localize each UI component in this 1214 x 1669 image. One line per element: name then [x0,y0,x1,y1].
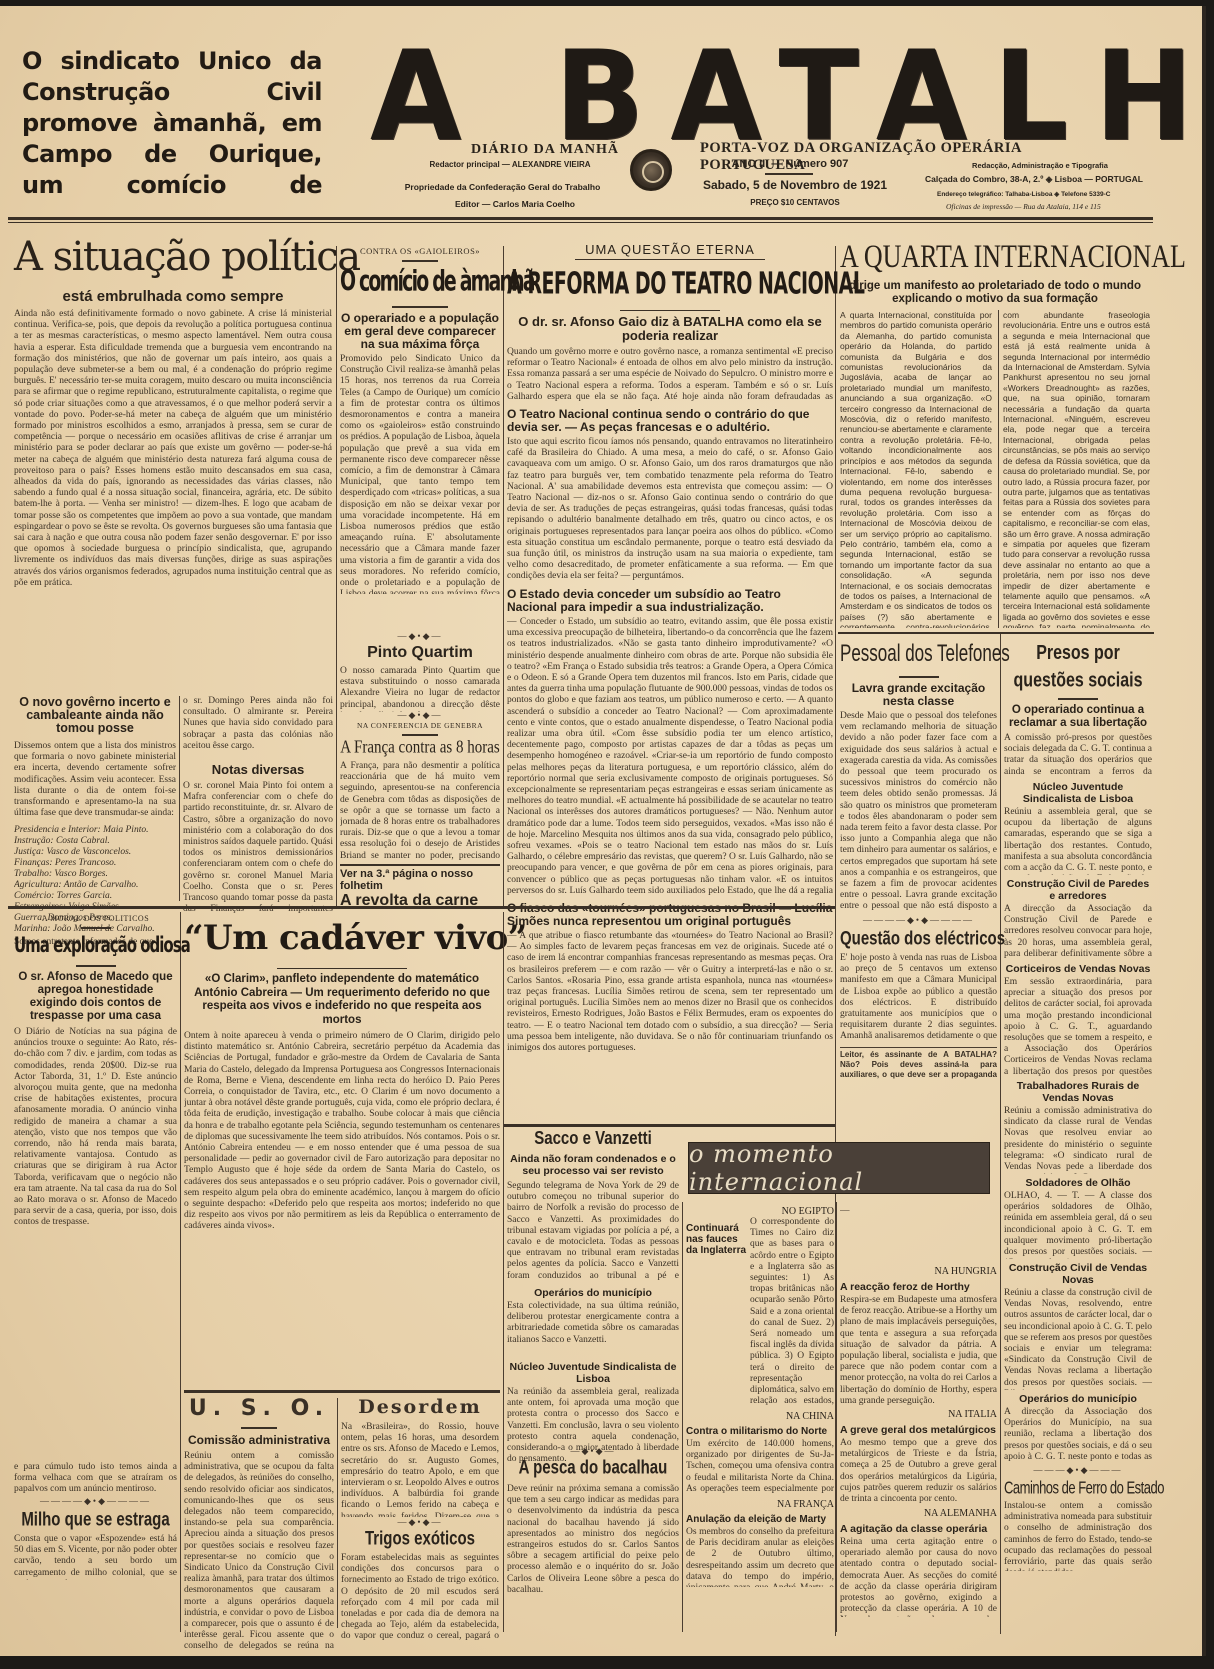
divider [277,968,407,969]
momento-col-2: — NA HUNGRIA A reacção feroz de Horthy R… [840,1206,997,1617]
kicker: CONTRA OS «GAIOLEIROS» [340,246,500,256]
article-body: — A que atribue o fiasco retumbante das … [507,931,833,1081]
section-rule [8,906,835,909]
column-divider [1000,634,1001,1634]
article-telefones: Pessoal dos Telefones Lavra grande excit… [840,640,997,1081]
section-label: NO EGIPTO [686,1206,834,1217]
issue-date: Sabado, 5 de Novembro de 1921 [690,178,900,192]
ornament-divider: —◆•◆— [340,631,500,642]
article-body: Esta colectividade, na sua última reúniã… [507,1301,679,1357]
issue-number: ANO III — Número 907 [705,158,875,170]
article-body: Ontem à noite apareceu à venda o primeir… [184,1031,500,1351]
masthead-editor: Editor — Carlos Maria Coelho [415,199,615,209]
headline: O novo govêrno incerto e cambaleante ain… [14,696,176,735]
article-body: Instalou-se ontem a comissão administrat… [1004,1501,1152,1571]
ear-left-headline: O sindicato Unico da Construção Civil pr… [22,46,322,206]
article-body: Deve reúnir na próxima semana a comissão… [507,1484,679,1594]
article-body-col2: com abundante fraseologia revolucionária… [998,310,1150,628]
minister-item: Agricultura: Antão de Carvalho. [14,880,176,891]
headline-notas: Notas diversas [183,762,333,777]
headline: A França contra as 8 horas [340,738,500,758]
section-heading: Construção Civil de Vendas Novas [1004,1262,1152,1286]
article-exploracao: A MORAL DOS POLITICOS Uma exploração odi… [14,914,177,1580]
divider [392,306,448,308]
article-cadaver-vivo: “Um cadáver vivo” «O Clarim», panfleto i… [184,912,500,1351]
article-novo-governo: O novo govêrno incerto e cambaleante ain… [14,696,176,948]
article-body: Isto que aqui escrito ficou íamos nós pe… [507,437,833,583]
minister-item: Trabalho: Vasco Borges. [14,869,176,880]
issue-price: PREÇO $10 CENTAVOS [720,198,870,207]
headline: Sacco e Vanzetti [507,1128,679,1149]
minister-item: Presidencia e Interior: Maia Pinto. [14,825,176,836]
masthead-property: Propriedade da Confederação Geral do Tra… [375,182,630,192]
issue-divider [765,173,813,175]
article-body: Reúniu a classe da construção civil de V… [1004,1288,1152,1390]
section-heading: Núcleo Juventude Sindicalista de Lisboa [507,1361,679,1385]
subheadline: O sr. Afonso de Macedo que apregoa hones… [14,971,177,1023]
article-body: Ainda não está definitivamente formado o… [14,309,332,652]
subheadline: Lavra grande excitação nesta classe [840,682,997,708]
column-divider [337,1398,338,1628]
subheadline: dirige um manifesto ao proletariado de t… [840,280,1150,306]
workshop-line: Oficinas de impressão — Rua da Atalaia, … [946,202,1166,211]
subheadline: Comissão administrativa [184,1433,334,1447]
cgt-seal-icon [630,149,672,191]
headline: A situação política [14,232,332,282]
article-body: o sr. Domingo Peres ainda não foi consul… [183,696,333,756]
divider [241,1427,277,1429]
ornament-divider: ————◆•◆———— [840,915,997,926]
column-divider [180,912,181,1632]
article-body: OLHÃO, 4. — T. — A classe dos operários … [1004,1191,1152,1259]
headline: Uma exploração odiosa [14,928,177,963]
subheadline: O operariado e a população em geral deve… [340,312,500,351]
subheadline: está embrulhada como sempre [14,288,332,305]
article-body: Foram estabelecidas mais as seguintes co… [341,1553,499,1643]
headline: Pessoal dos Telefones [840,640,997,668]
headline: “Um cadáver vivo” [184,912,500,964]
ornament-divider: ———◆•◆——— [1004,1465,1152,1476]
article-teatro-nacional: UMA QUESTÃO ETERNA A REFORMA DO TEATRO N… [507,242,833,1081]
article-body-col1: A quarta Internacional, constituída por … [840,310,992,628]
article-body: Segundo telegrama de Nova York de 29 de … [507,1181,679,1281]
section-heading: Construção Civil de Paredes e arredores [1004,878,1152,902]
article-body: Os membros do conselho da prefeitura de … [686,1527,834,1587]
article-comicio: CONTRA OS «GAIOLEIROS» O comício de àman… [340,246,500,594]
divider [899,676,939,678]
article-quarta-internacional: A QUARTA INTERNACIONAL dirige um manifes… [840,238,1150,628]
article-body: Respira-se em Budapeste uma atmosfera de… [840,1295,997,1405]
telegraph-line: Endereço telegráfico: Talhaba-Lisboa ◈ T… [937,190,1177,198]
section-label: NA CHINA [686,1411,834,1422]
masthead-rule-thin [8,222,1153,223]
subheadline: «O Clarim», panfleto independente do mat… [184,973,500,1027]
folhetim-line: Ver na 3.ª página o nosso folhetim [340,868,500,892]
article-body: A França, para não desmentir a política … [340,761,500,861]
divider [340,864,500,866]
headline: A QUARTA INTERNACIONAL [840,238,1150,276]
section-label: NA ALEMANHA [840,1508,997,1519]
momento-internacional-banner: o momento internacional [688,1142,990,1194]
article-body: Dissemos ontem que a lista dos ministros… [14,741,176,819]
minister-item: Finanças: Peres Trancoso. [14,858,176,869]
headline: Desordem [341,1396,499,1418]
section-heading: Operários do município [1004,1393,1152,1405]
article-franca: —◆•◆— NA CONFERENCIA DE GENEBRA A França… [340,710,500,861]
section-heading: Núcleo Juventude Sindicalista de Lisboa [1004,781,1152,805]
article-pinto-quartim: —◆•◆— Pinto Quartim O nosso camarada Pin… [340,631,500,712]
ornament-divider: ————◆•◆———— [14,1496,177,1507]
divider [838,632,1154,634]
section-heading: A reacção feroz de Horthy [840,1281,997,1293]
article-body: — Conceder o Estado, um subsídio ao teat… [507,617,833,897]
momento-col-1: NO EGIPTO Continuará nas fauces da Ingla… [686,1206,834,1587]
minister-item: Comércio: Torres Garcia. [14,891,176,902]
divider [402,734,438,736]
minister-item: Instrução: Costa Cabral. [14,836,176,847]
article-body: E' hoje posto à venda nas ruas de Lisboa… [840,953,997,1043]
section-label: NA ITALIA [840,1409,997,1420]
article-body: Em sessão extraordinária, para apreciar … [1004,977,1152,1077]
ornament-divider: —◆•◆— [507,1446,679,1457]
headline: A REFORMA DO TEATRO NACIONAL [507,255,833,313]
headline: Presos por questões sociais [1004,640,1152,695]
section-heading: A greve geral dos metalúrgicos [840,1424,997,1436]
newspaper-page: O sindicato Unico da Construção Civil pr… [0,6,1206,1656]
section-heading: Trabalhadores Rurais de Vendas Novas [1004,1080,1152,1104]
address-line: Calçada do Combro, 38-A, 2.º ◈ Lisboa — … [925,174,1185,185]
section-heading: Operários do município [507,1287,679,1299]
section-heading: O Estado devia conceder um subsídio ao T… [507,588,833,614]
headline: O comício de àmanhã [340,261,500,302]
headline-trigos: Trigos exóticos [341,1527,499,1549]
article-body: Consta que o vapor «Espozende» está há 5… [14,1534,177,1580]
article-intro: Quando um govêrno morre e outro govêrno … [507,347,833,403]
section-heading: Continuará nas fauces da Inglaterra [686,1223,750,1256]
minister-item: Justiça: Vasco de Vasconcelos. [14,847,176,858]
article-body: O correspondente do Times no Cairo diz q… [750,1217,834,1407]
masthead-subtitle: DIÁRIO DA MANHÃ [460,142,630,158]
headline-electricos: Questão dos eléctricos [840,927,997,949]
article-body: O sr. coronel Maia Pinto foi ontem a Maf… [183,781,333,913]
article-body: O nosso camarada Pinto Quartim que estav… [340,666,500,712]
divider [1058,698,1098,700]
article-body: O Diário de Notícias na sua página de an… [14,1027,177,1462]
article-body: A comissão pró-presos por questões socia… [1004,733,1152,778]
article-body: Um exército de 140.000 homens, organizad… [686,1439,834,1495]
column-divider [336,246,337,906]
section-rule [184,1390,500,1393]
kicker: NA CONFERENCIA DE GENEBRA [340,721,500,730]
subheadline: O operariado continua a reclamar a sua l… [1004,704,1152,730]
column-divider [682,1202,683,1632]
column-divider [179,696,180,901]
section-heading: Contra o militarismo do Norte [686,1426,834,1437]
article-body-continued: — [840,1206,997,1262]
section-label: NA FRANÇA [686,1499,834,1510]
article-body: Promovido pelo Sindicato Unico da Constr… [340,354,500,594]
article-body: Reúniu a comissão administrativa do sind… [1004,1106,1152,1174]
article-desordem: Desordem Na «Brasileira», do Rossio, hou… [341,1396,499,1643]
article-body: Reúniu ontem a comissão administrativa, … [184,1451,334,1651]
article-situacao-politica: A situação política está embrulhada como… [14,232,332,652]
headline: U. S. O. [184,1396,334,1421]
article-body: Na «Brasileira», do Rossio, houve ontem,… [341,1422,499,1517]
article-sacco-vanzetti: Sacco e Vanzetti Ainda não foram condena… [507,1130,679,1467]
divider [76,965,116,967]
section-heading: A agitação da classe operária [840,1523,997,1535]
section-rule [504,1124,835,1127]
ornament-divider: —◆•◆— [340,710,500,721]
article-body: Ao mesmo tempo que a greve dos metalúrgi… [840,1438,997,1504]
section-label: NA HUNGRIA [840,1266,997,1277]
article-body: A direcção da Associação dos Operários d… [1004,1407,1152,1463]
subheadline: O dr. sr. Afonso Gaio diz à BATALHA como… [507,315,833,343]
section-heading: Corticeiros de Vendas Novas [1004,963,1152,975]
headline: Pinto Quartim [340,644,500,662]
ornament-divider: —◆•◆— [341,1517,499,1528]
column-divider [503,246,504,906]
article-body: Reina uma certa agitação entre o operari… [840,1537,997,1617]
masthead-rule [8,217,1153,220]
article-body: Reúniu a assembleia geral, que se ocupou… [1004,807,1152,875]
article-uso: U. S. O. Comissão administrativa Reúniu … [184,1396,334,1651]
headline-milho: Milho que se estraga [14,1508,177,1530]
folhetim-notice[interactable]: Ver na 3.ª página o nosso folhetim A rev… [340,868,500,910]
column-divider [836,1202,837,1632]
masthead-editor-in-chief: Redactor principal — ALEXANDRE VIEIRA [395,160,625,169]
article-body: A direcção da Associação da Construção C… [1004,904,1152,960]
article-presos: Presos por questões sociais O operariado… [1004,640,1152,1571]
column-divider [503,912,504,1632]
article-novo-governo-continued: o sr. Domingo Peres ainda não foi consul… [183,696,333,913]
article-body: Desde Maio que o pessoal dos telefones v… [840,711,997,911]
article-bacalhau: —◆•◆— A pesca do bacalhau Deve reúnir na… [507,1446,679,1594]
headline: A pesca do bacalhau [507,1456,679,1478]
headline-caminhos: Caminhos de Ferro do Estado [1004,1477,1152,1497]
section-heading: Soldadores de Olhão [1004,1177,1152,1189]
address-heading: Redacção, Administração e Tipografia [940,161,1140,170]
subscribe-notice[interactable]: Leitor, és assinante de A BATALHA? Não? … [840,1047,997,1081]
subheadline: Ainda não foram condenados e o seu proce… [507,1153,679,1177]
section-heading: Anulação da eleição de Marty [686,1514,834,1525]
section-heading: O Teatro Nacional continua sendo o contr… [507,408,833,434]
kicker: A MORAL DOS POLITICOS [14,914,177,923]
article-body-tail: e para cúmulo tudo isto temos ainda a fo… [14,1462,177,1496]
